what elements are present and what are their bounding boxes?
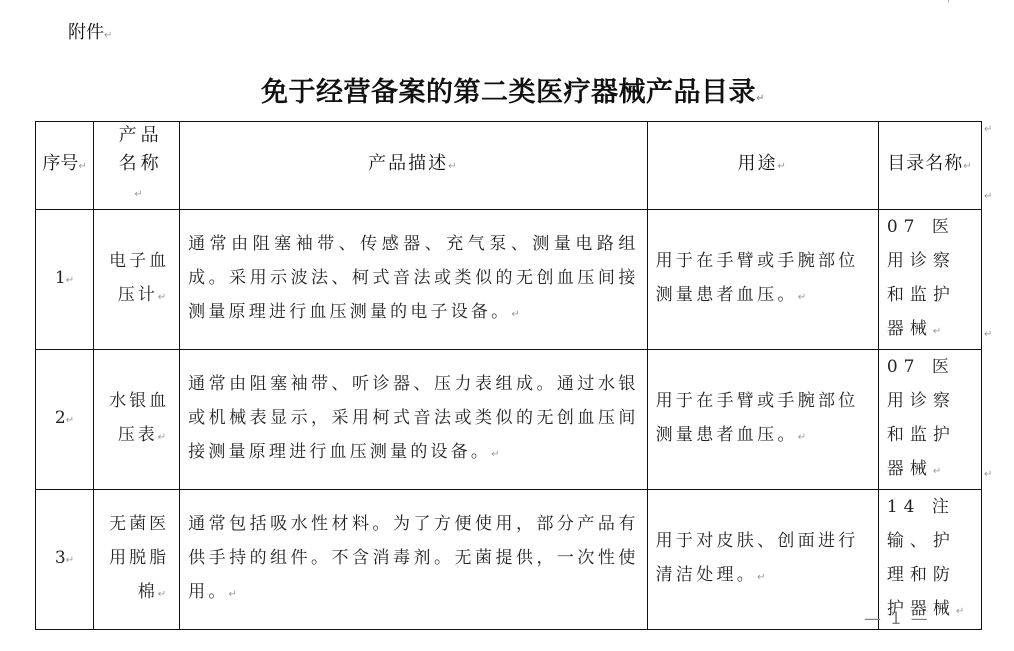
row-end-mark-icon: ↵ [984,329,992,340]
cell-catalog: 07 医用诊察和监护器械↵ [878,210,981,350]
attachment-label: 附件↵ [68,18,112,44]
cell-index: 3↵ [36,490,94,630]
page-number: — 1 — [864,609,930,629]
page-corner-mark [948,0,949,3]
header-catalog: 目录名称↵ [878,122,981,210]
header-description: 产品描述↵ [180,122,647,210]
header-use: 用途↵ [647,122,878,210]
table-row: 3↵ 无菌医用脱脂棉↵ 通常包括吸水性材料。为了方便使用，部分产品有供手持的组件… [36,490,982,630]
cell-index: 2↵ [36,350,94,490]
cell-index: 1↵ [36,210,94,350]
document-title: 免于经营备案的第二类医疗器械产品目录↵ [0,70,1014,109]
cell-name: 水银血压表↵ [94,350,180,490]
attachment-text: 附件 [68,22,104,43]
cell-catalog: 07 医用诊察和监护器械↵ [878,350,981,490]
paragraph-mark-icon: ↵ [104,30,112,41]
row-end-mark-icon: ↵ [984,469,992,480]
row-end-mark-icon: ↵ [984,191,992,202]
cell-use: 用于对皮肤、创面进行清洁处理。↵ [647,490,878,630]
header-index: 序号↵ [36,122,94,210]
cell-use: 用于在手臂或手腕部位测量患者血压。↵ [647,210,878,350]
paragraph-mark-icon: ↵ [756,93,765,104]
cell-description: 通常由阻塞袖带、听诊器、压力表组成。通过水银或机械表显示，采用柯式音法或类似的无… [180,350,647,490]
header-name: 产品名称↵ [94,122,180,210]
product-catalog-table: 序号↵ 产品名称↵ 产品描述↵ 用途↵ 目录名称↵ 1↵ 电子血压计↵ 通常由阻… [35,121,982,630]
title-text: 免于经营备案的第二类医疗器械产品目录 [261,77,756,108]
table-row: 1↵ 电子血压计↵ 通常由阻塞袖带、传感器、充气泵、测量电路组成。采用示波法、柯… [36,210,982,350]
cell-description: 通常由阻塞袖带、传感器、充气泵、测量电路组成。采用示波法、柯式音法或类似的无创血… [180,210,647,350]
table-header-row: 序号↵ 产品名称↵ 产品描述↵ 用途↵ 目录名称↵ [36,122,982,210]
cell-name: 电子血压计↵ [94,210,180,350]
cell-name: 无菌医用脱脂棉↵ [94,490,180,630]
cell-use: 用于在手臂或手腕部位测量患者血压。↵ [647,350,878,490]
row-end-mark-icon: ↵ [984,124,992,135]
table-row: 2↵ 水银血压表↵ 通常由阻塞袖带、听诊器、压力表组成。通过水银或机械表显示，采… [36,350,982,490]
cell-description: 通常包括吸水性材料。为了方便使用，部分产品有供手持的组件。不含消毒剂。无菌提供，… [180,490,647,630]
